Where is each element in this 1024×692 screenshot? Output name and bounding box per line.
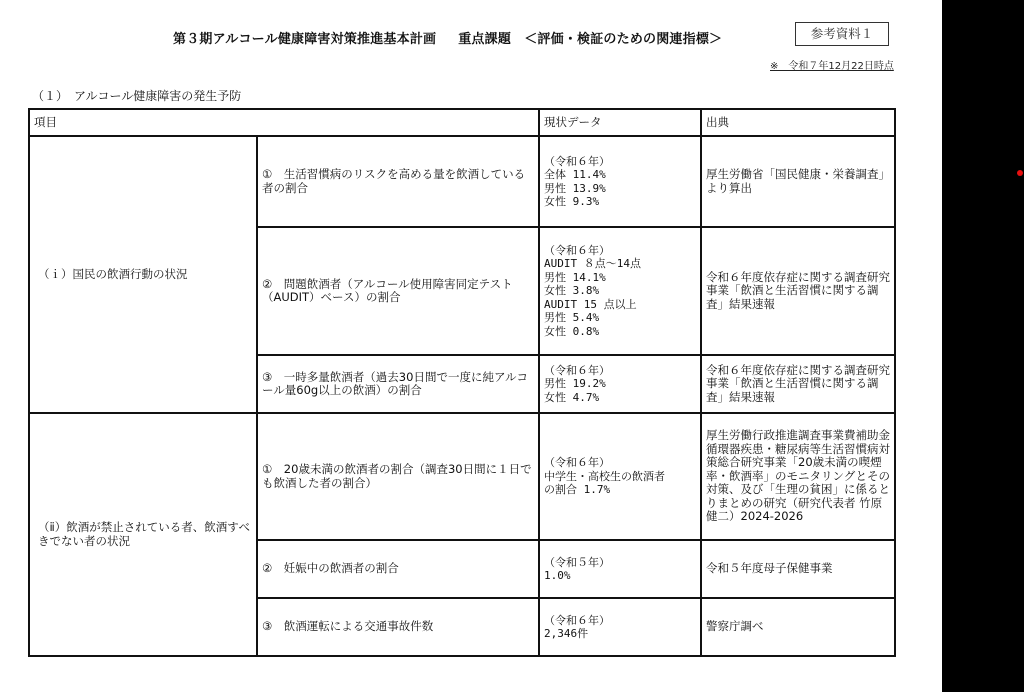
indicator-cell: ① 20歳未満の飲酒者の割合（調査30日間に１日でも飲酒した者の割合） — [257, 413, 539, 540]
title-sub: 重点課題 ＜評価・検証のための関連指標＞ — [458, 32, 722, 47]
source-cell: 厚生労働行政推進調査事業費補助金 循環器疾患・糖尿病等生活習慣病対策総合研究事業… — [701, 413, 895, 540]
category-cell: （ⅱ）飲酒が禁止されている者、飲酒すべきでない者の状況 — [29, 413, 257, 656]
table-row: （ⅱ）飲酒が禁止されている者、飲酒すべきでない者の状況 ① 20歳未満の飲酒者の… — [29, 413, 895, 540]
document-page: 第３期アルコール健康障害対策推進基本計画重点課題 ＜評価・検証のための関連指標＞… — [0, 0, 942, 692]
source-cell: 厚生労働省「国民健康・栄養調査」より算出 — [701, 136, 895, 227]
reference-label-box: 参考資料１ — [795, 22, 889, 46]
indicator-cell: ③ 一時多量飲酒者（過去30日間で一度に純アルコール量60g以上の飲酒）の割合 — [257, 355, 539, 413]
section-heading: （１） アルコール健康障害の発生予防 — [32, 87, 241, 104]
indicator-cell: ① 生活習慣病のリスクを高める量を飲酒している者の割合 — [257, 136, 539, 227]
indicators-table: 項目 現状データ 出典 （ｉ）国民の飲酒行動の状況 ① 生活習慣病のリスクを高め… — [28, 108, 896, 657]
data-line: 男性 19.2% — [544, 377, 696, 391]
source-cell: 警察庁調べ — [701, 598, 895, 656]
data-line: 男性 5.4% — [544, 311, 696, 325]
data-line: 2,346件 — [544, 627, 696, 641]
table-header-row: 項目 現状データ 出典 — [29, 109, 895, 136]
data-line: 女性 0.8% — [544, 325, 696, 339]
as-of-date-note: ※ 令和７年12月22日時点 — [770, 57, 894, 72]
data-line: （令和６年） — [544, 244, 696, 258]
current-data-cell: （令和６年） 全体 11.4% 男性 13.9% 女性 9.3% — [539, 136, 701, 227]
indicator-cell: ③ 飲酒運転による交通事故件数 — [257, 598, 539, 656]
current-data-cell: （令和５年） 1.0% — [539, 540, 701, 598]
header-current-data: 現状データ — [539, 109, 701, 136]
data-line: AUDIT ８点～14点 — [544, 257, 696, 271]
current-data-cell: （令和６年） 男性 19.2% 女性 4.7% — [539, 355, 701, 413]
data-line: 男性 13.9% — [544, 182, 696, 196]
cursor-dot-icon — [1017, 170, 1023, 176]
data-line: AUDIT 15 点以上 — [544, 298, 696, 312]
current-data-cell: （令和６年） 2,346件 — [539, 598, 701, 656]
data-line: の割合 1.7% — [544, 483, 696, 497]
data-line: 女性 4.7% — [544, 391, 696, 405]
data-line: 1.0% — [544, 569, 696, 583]
data-line: 女性 3.8% — [544, 284, 696, 298]
data-line: （令和６年） — [544, 614, 696, 628]
data-line: 女性 9.3% — [544, 195, 696, 209]
current-data-cell: （令和６年） AUDIT ８点～14点 男性 14.1% 女性 3.8% AUD… — [539, 227, 701, 355]
indicator-cell: ② 問題飲酒者（アルコール使用障害同定テスト（AUDIT）ベース）の割合 — [257, 227, 539, 355]
data-line: （令和６年） — [544, 155, 696, 169]
header-item: 項目 — [29, 109, 539, 136]
document-title: 第３期アルコール健康障害対策推進基本計画重点課題 ＜評価・検証のための関連指標＞ — [173, 28, 722, 47]
data-line: 全体 11.4% — [544, 168, 696, 182]
source-cell: 令和６年度依存症に関する調査研究事業「飲酒と生活習慣に関する調査」結果速報 — [701, 355, 895, 413]
header-source: 出典 — [701, 109, 895, 136]
data-line: 男性 14.1% — [544, 271, 696, 285]
data-line: 中学生・高校生の飲酒者 — [544, 470, 696, 484]
side-panel — [942, 0, 1024, 692]
source-cell: 令和５年度母子保健事業 — [701, 540, 895, 598]
indicator-cell: ② 妊娠中の飲酒者の割合 — [257, 540, 539, 598]
category-cell: （ｉ）国民の飲酒行動の状況 — [29, 136, 257, 413]
current-data-cell: （令和６年） 中学生・高校生の飲酒者 の割合 1.7% — [539, 413, 701, 540]
title-main: 第３期アルコール健康障害対策推進基本計画 — [173, 32, 436, 47]
data-line: （令和６年） — [544, 456, 696, 470]
table-row: （ｉ）国民の飲酒行動の状況 ① 生活習慣病のリスクを高める量を飲酒している者の割… — [29, 136, 895, 227]
data-line: （令和６年） — [544, 364, 696, 378]
data-line: （令和５年） — [544, 556, 696, 570]
source-cell: 令和６年度依存症に関する調査研究事業「飲酒と生活習慣に関する調査」結果速報 — [701, 227, 895, 355]
